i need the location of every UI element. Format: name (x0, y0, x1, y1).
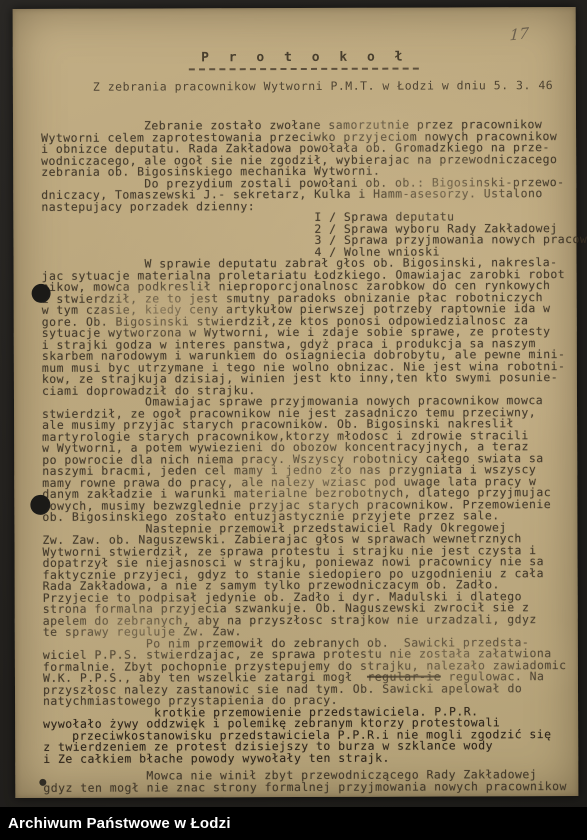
archive-scan-page: { "colors": { "paper": "#bca87e", "ink":… (0, 0, 587, 840)
archive-footer-bar: Archiwum Państwowe w Łodzi (0, 807, 587, 840)
document-body: Zebranie zostało zwołane samorzutnie prz… (41, 119, 569, 794)
document-line: i Ze całkiem błache powody wywołały ten … (43, 752, 569, 765)
title-row: P r o t o k o ł (41, 45, 567, 62)
paper-speck (39, 779, 46, 786)
document-subtitle: Z zebrania pracownikow Wytworni P.M.T. w… (41, 78, 567, 95)
struck-word: regular-ie (367, 669, 441, 683)
archive-name-label: Archiwum Państwowe w Łodzi (0, 815, 231, 832)
document-paper: P r o t o k o ł Z zebrania pracownikow W… (13, 7, 579, 798)
hole-punch-icon (30, 495, 50, 515)
document-line: gdyz ten mogł nie znac strony formalnej … (43, 781, 569, 794)
document-title: P r o t o k o ł (189, 50, 418, 71)
hole-punch-icon (32, 284, 51, 303)
handwritten-page-number: 17 (509, 24, 529, 44)
document-line: 3 / Sprawa przyjmowania nowych pracownik… (41, 234, 567, 247)
document-content: P r o t o k o ł Z zebrania pracownikow W… (41, 45, 570, 794)
